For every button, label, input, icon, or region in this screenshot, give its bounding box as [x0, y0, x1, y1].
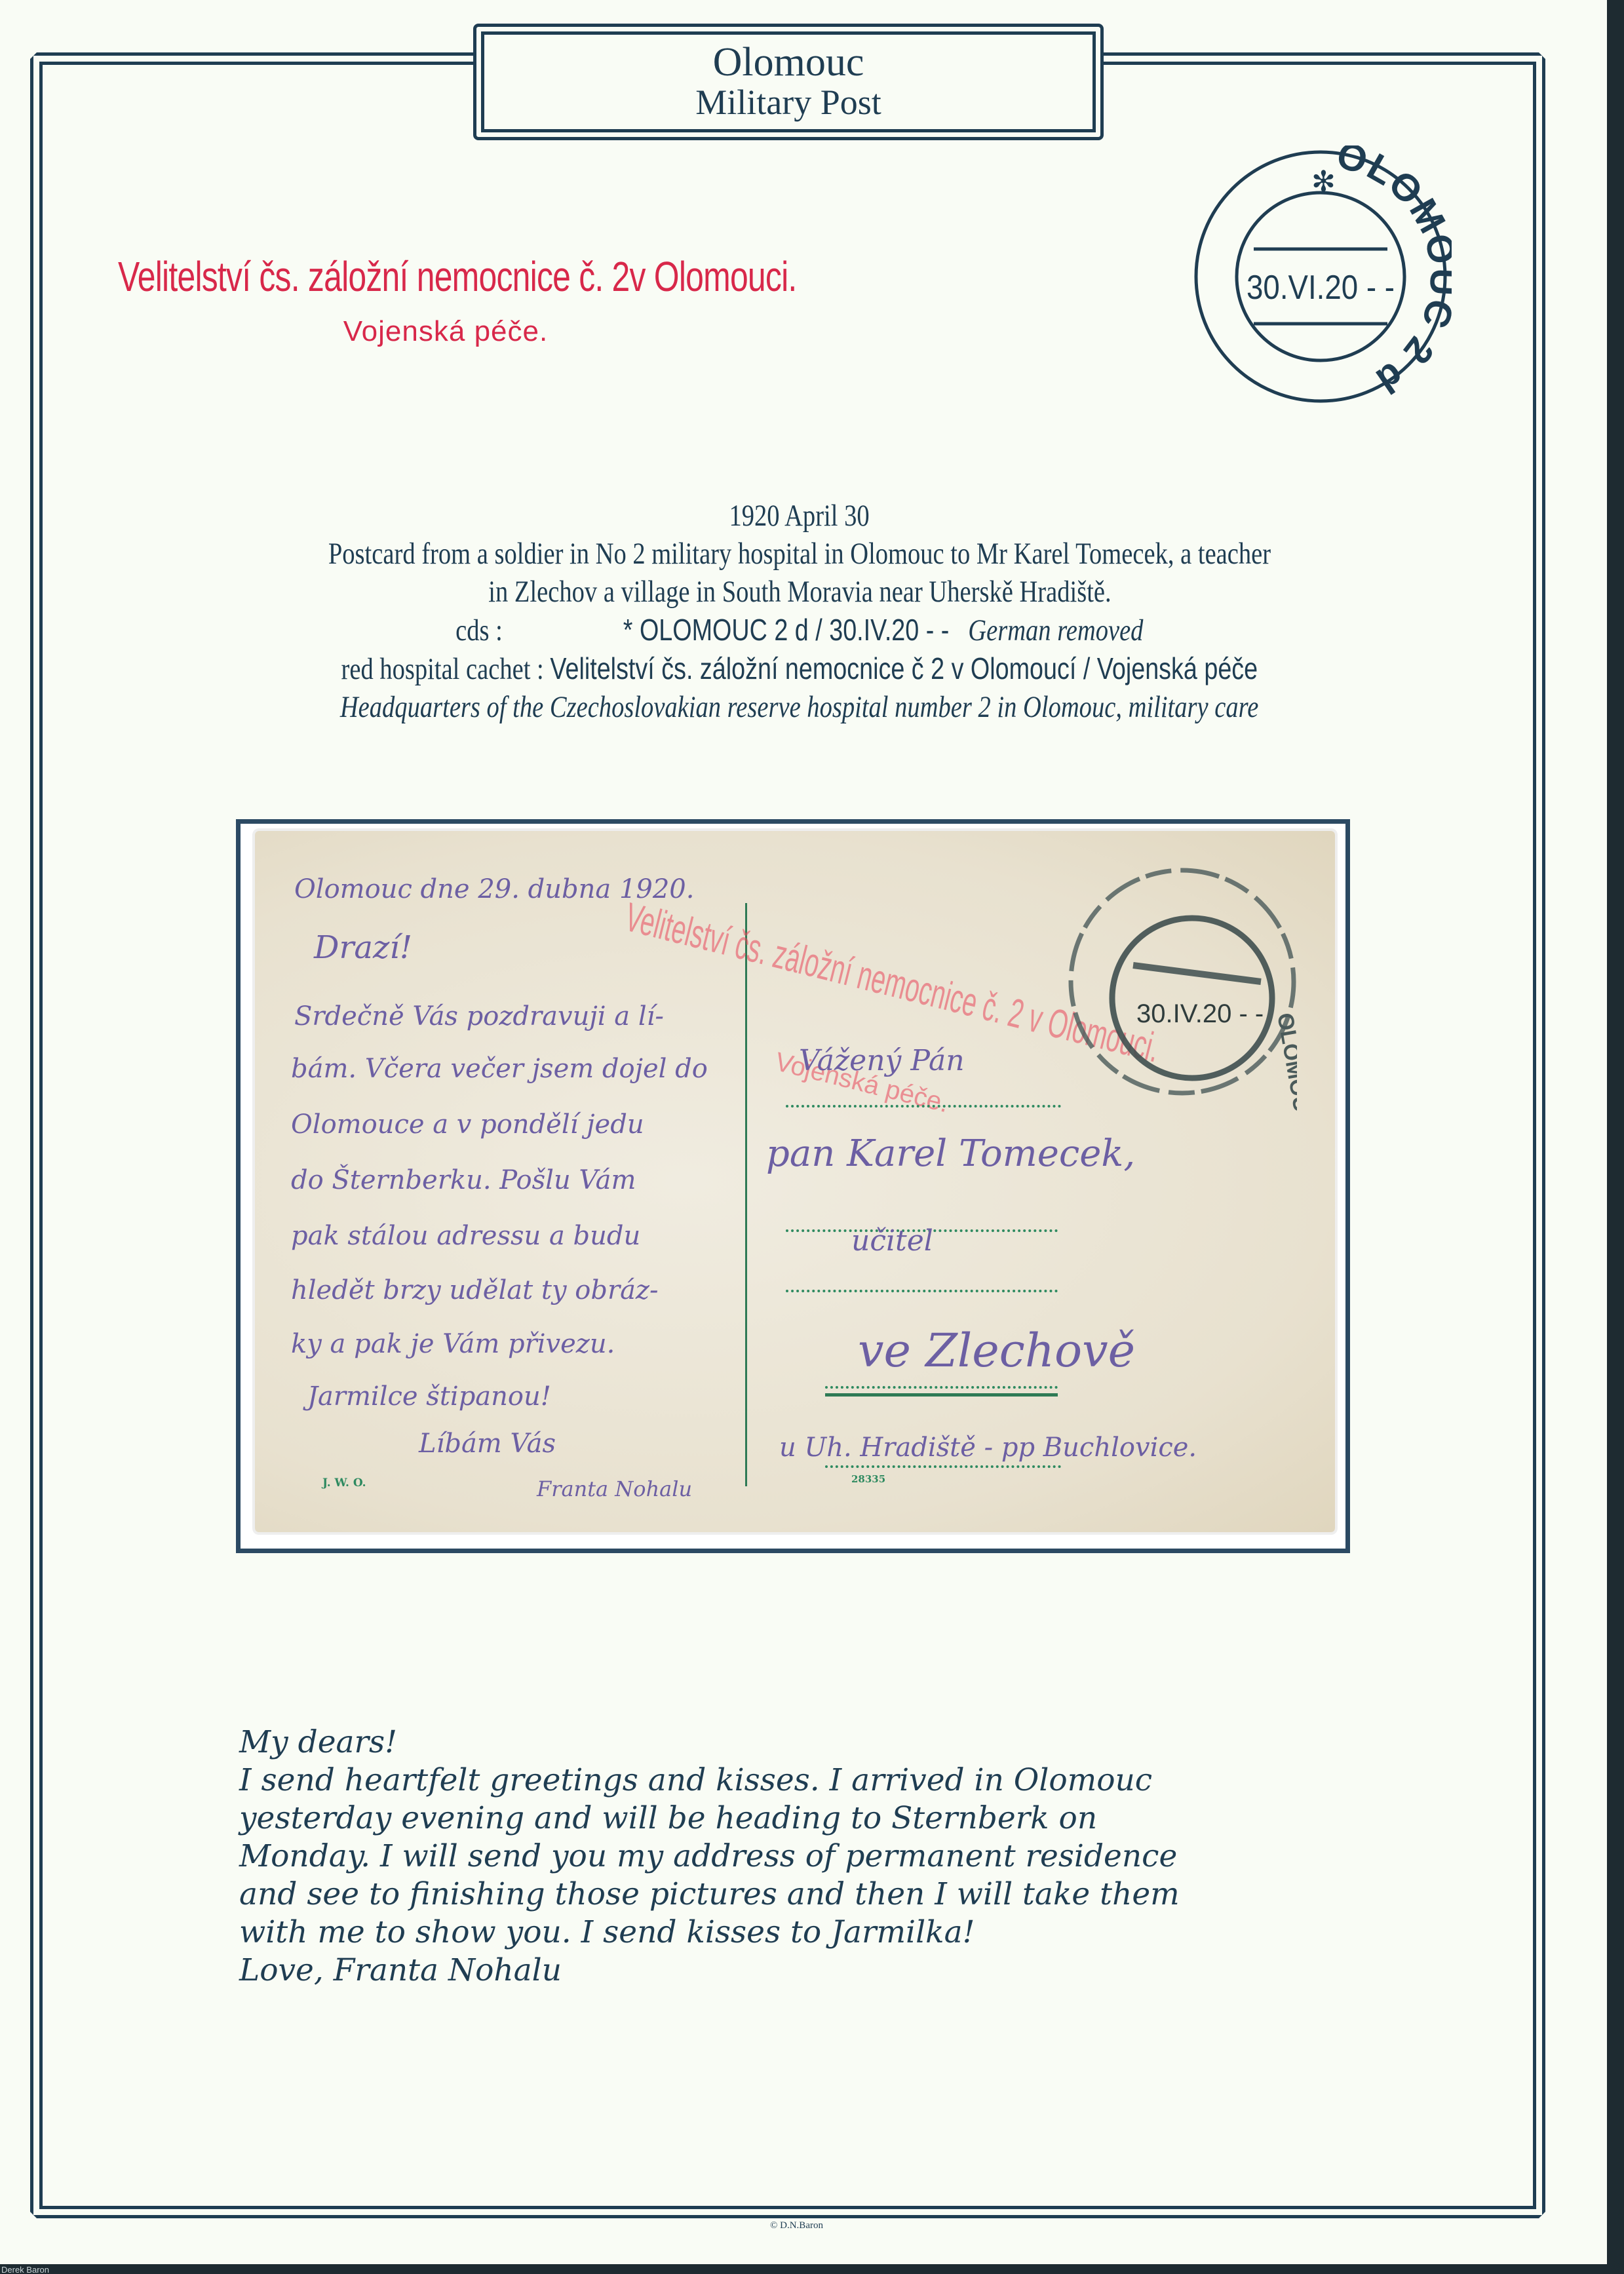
copyright-notice: © D.N.Baron [770, 2220, 823, 2231]
card-postmark: 30.IV.20 - - OLOMOUC [1061, 851, 1297, 1113]
cachet-value: Velitelství čs. záložní nemocnice č 2 v … [551, 651, 1258, 685]
address-underline [825, 1393, 1058, 1397]
translation-line: yesterday evening and will be heading to… [239, 1800, 1419, 1838]
message-line: Srdečně Vás pozdravuji a lí- [294, 1001, 664, 1031]
cachet-label: red hospital cachet : [341, 652, 544, 686]
address-line: ve Zlechově [858, 1324, 1135, 1378]
message-line: ky a pak je Vám přivezu. [291, 1329, 615, 1359]
postmark-illustration: 30.VI.20 - - OLOMOUC 2 d ✻ [1189, 145, 1452, 408]
message-line: bám. Včera večer jsem dojel do [291, 1054, 708, 1084]
address-line: učitel [851, 1224, 933, 1258]
translation-block: My dears! I send heartfelt greetings and… [239, 1724, 1419, 1990]
translation-line: Love, Franta Nohalu [239, 1952, 1419, 1990]
date-heading: 1920 April 30 [729, 497, 870, 535]
cds-label: cds : [455, 611, 617, 649]
message-line: Líbám Vás [419, 1429, 556, 1459]
cachet-line-1: Velitelství čs. záložní nemocnice č. 2v … [118, 252, 746, 301]
address-dotted-line [825, 1465, 1061, 1468]
page-title: Olomouc [713, 42, 864, 83]
postcard: Olomouc dne 29. dubna 1920. Drazí! Srdeč… [255, 831, 1335, 1532]
translation-line: I send heartfelt greetings and kisses. I… [239, 1762, 1419, 1800]
card-postmark-town: OLOMOUC [1272, 1011, 1297, 1113]
title-box-inner: Olomouc Military Post [481, 31, 1096, 132]
summary-line-2: in Zlechov a village in South Moravia ne… [488, 573, 1111, 611]
message-line: Drazí! [314, 929, 412, 966]
message-line: Jarmilce štipanou! [307, 1381, 551, 1412]
translation-line: with me to show you. I send kisses to Ja… [239, 1914, 1419, 1952]
cachet-line-2: Vojenská péče. [118, 315, 747, 348]
postcard-divider [745, 903, 747, 1486]
postmark-star-icon: ✻ [1311, 165, 1336, 199]
scan-credit: Derek Baron [1, 2265, 49, 2274]
scan-edge-bottom [0, 2264, 1624, 2274]
address-line: pan Karel Tomecek, [766, 1132, 1135, 1175]
address-line: u Uh. Hradiště - pp Buchlovice. [779, 1433, 1197, 1463]
message-line: Olomouce a v pondělí jedu [291, 1109, 644, 1140]
message-line: pak stálou adressu a budu [291, 1221, 640, 1251]
printer-mark: J. W. O. [322, 1476, 366, 1490]
message-line: do Šternberku. Pošlu Vám [291, 1165, 636, 1195]
address-dotted-line [825, 1386, 1058, 1389]
card-postmark-date: 30.IV.20 - - [1136, 999, 1264, 1028]
cds-value: * OLOMOUC 2 d / 30.IV.20 - - [623, 613, 950, 647]
album-page: Olomouc Military Post Velitelství čs. zá… [0, 0, 1607, 2264]
translation-line: and see to finishing those pictures and … [239, 1876, 1419, 1914]
message-line: hledět brzy udělat ty obráz- [291, 1275, 659, 1305]
translation-line: Monday. I will send you my address of pe… [239, 1838, 1419, 1876]
cachet-translation: Headquarters of the Czechoslovakian rese… [340, 688, 1259, 726]
postmark-date: 30.VI.20 - - [1247, 269, 1395, 307]
card-number: 28335 [851, 1473, 885, 1485]
address-dotted-line [786, 1105, 1061, 1108]
signature: Franta Nohalu [537, 1476, 692, 1501]
summary-line-1: Postcard from a soldier in No 2 military… [328, 535, 1271, 573]
address-dotted-line [786, 1290, 1058, 1292]
scan-edge-right [1607, 0, 1624, 2274]
description-block: 1920 April 30 Postcard from a soldier in… [66, 497, 1534, 726]
translation-line: My dears! [239, 1724, 1419, 1762]
page-subtitle: Military Post [695, 83, 881, 122]
red-hospital-cachet: Velitelství čs. záložní nemocnice č. 2v … [118, 252, 747, 348]
cds-note: German removed [968, 613, 1143, 647]
address-line: Vážený Pán [799, 1044, 965, 1077]
